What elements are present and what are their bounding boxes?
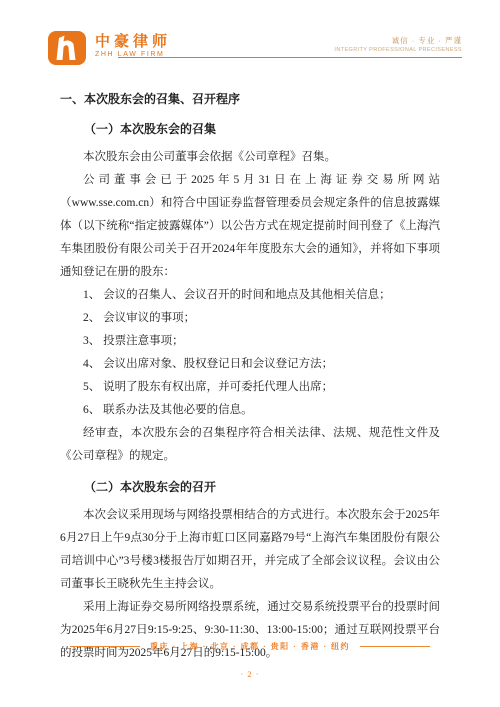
list-item: 2、 会议审议的事项； [60, 307, 440, 330]
footer-divider-right [360, 646, 430, 647]
brand-name-block: 中豪律师 ZHH LAW FIRM [95, 31, 171, 59]
subsection-2-title: （二）本次股东会的召开 [60, 476, 440, 499]
list-item: 6、 联系办法及其他必要的信息。 [60, 399, 440, 422]
cities-row: 重庆 · 上海 · 北京 · 成都 · 贵阳 · 香港 · 纽约 [0, 641, 500, 652]
section-1-title: 一、本次股东会的召集、召开程序 [60, 88, 440, 111]
zhh-law-firm-logo-icon [48, 31, 86, 65]
list-item: 1、 会议的召集人、会议召开的时间和地点及其他相关信息； [60, 284, 440, 307]
tagline-en: INTEGRITY PROFESSIONAL PRECISENESS [334, 46, 462, 54]
brand-name-cn: 中豪律师 [95, 34, 171, 50]
page-header: 中豪律师 ZHH LAW FIRM 诚信 · 专业 · 严谨 INTEGRITY… [0, 0, 500, 66]
brand-logo: 中豪律师 ZHH LAW FIRM [48, 31, 171, 65]
page-footer: 重庆 · 上海 · 北京 · 成都 · 贵阳 · 香港 · 纽约 · 2 · [0, 641, 500, 679]
header-divider [118, 57, 462, 58]
document-page: { "brand": { "logo_cn": "中豪律师", "logo_en… [0, 0, 500, 707]
list-item: 3、 投票注意事项； [60, 330, 440, 353]
document-body: 一、本次股东会的召集、召开程序 （一）本次股东会的召集 本次股东会由公司董事会依… [0, 66, 500, 665]
paragraph-convening-basis: 本次股东会由公司董事会依据《公司章程》召集。 [60, 146, 440, 169]
office-cities: 重庆 · 上海 · 北京 · 成都 · 贵阳 · 香港 · 纽约 [150, 641, 350, 652]
tagline-cn: 诚信 · 专业 · 严谨 [334, 36, 462, 46]
paragraph-meeting-held: 本次会议采用现场与网络投票相结合的方式进行。本次股东会于2025年6月27日上午… [60, 504, 440, 596]
list-item: 5、 说明了股东有权出席，并可委托代理人出席； [60, 376, 440, 399]
subsection-1-title: （一）本次股东会的召集 [60, 118, 440, 141]
page-number: · 2 · [0, 669, 500, 679]
brand-tagline: 诚信 · 专业 · 严谨 INTEGRITY PROFESSIONAL PREC… [334, 36, 462, 54]
footer-divider-left [70, 646, 140, 647]
paragraph-review-conclusion: 经审查，本次股东会的召集程序符合相关法律、法规、规范性文件及《公司章程》的规定。 [60, 422, 440, 468]
paragraph-notice-publication: 公司董事会已于2025年5月31日在上海证券交易所网站（www.sse.com.… [60, 169, 440, 284]
list-item: 4、 会议出席对象、股权登记日和会议登记方法； [60, 353, 440, 376]
notice-items-list: 1、 会议的召集人、会议召开的时间和地点及其他相关信息； 2、 会议审议的事项；… [60, 284, 440, 422]
